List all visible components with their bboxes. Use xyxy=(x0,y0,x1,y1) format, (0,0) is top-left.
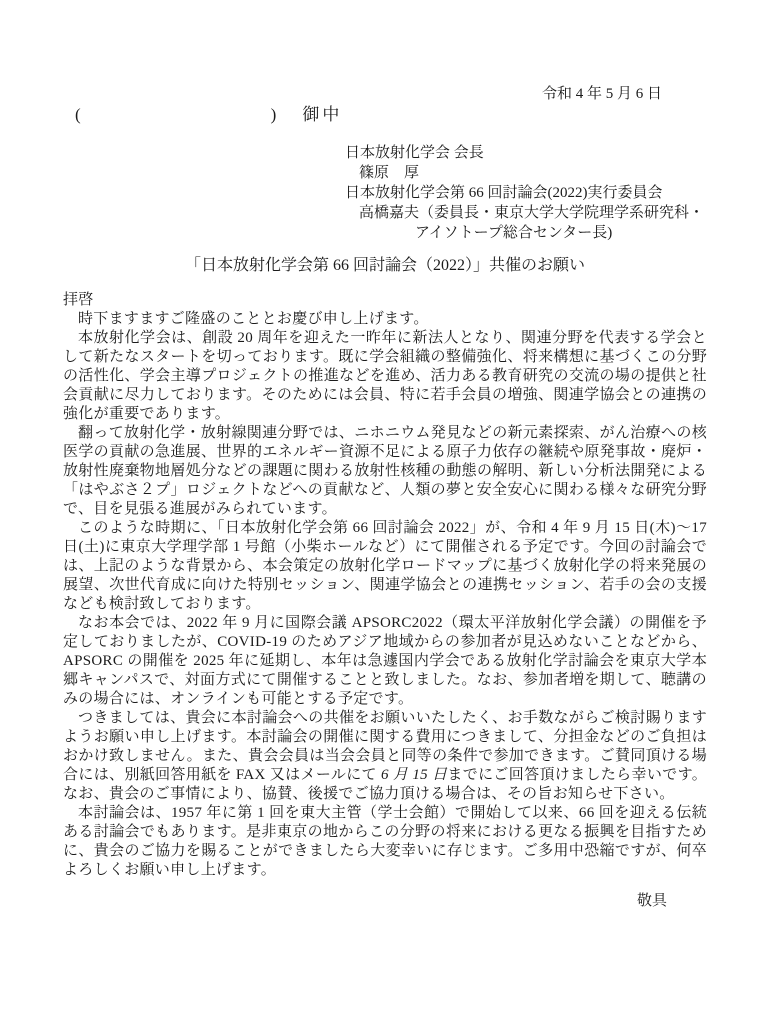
addressee-close-paren: ) xyxy=(271,105,277,124)
sender-committee: 日本放射化学会第 66 回討論会(2022)実行委員会 xyxy=(345,183,707,203)
paragraph-history-closing: 本討論会は、1957 年に第 1 回を東大主管（学士会館）で開始して以来、66 … xyxy=(63,804,707,880)
letter-title: 「日本放射化学会第 66 回討論会（2022）」共催のお願い xyxy=(63,256,707,276)
sender-chair-affiliation: アイソトープ総合センター長) xyxy=(345,223,707,243)
salutation: 拝啓 xyxy=(63,291,707,310)
reply-deadline-date: 6 月 15 日 xyxy=(381,767,447,783)
closing-word: 敬具 xyxy=(63,892,707,911)
honorific-label: 御中 xyxy=(302,105,342,124)
letter-date: 令和 4 年 5 月 6 日 xyxy=(63,85,707,104)
addressee-blank-field xyxy=(81,119,271,120)
letter-body: 拝啓 時下ますますご隆盛のこととお慶び申し上げます。 本放射化学会は、創設 20… xyxy=(63,291,707,880)
addressee-open-paren: ( xyxy=(75,105,81,124)
paragraph-greeting: 時下ますますご隆盛のこととお慶び申し上げます。 xyxy=(63,310,707,329)
addressee-line: ()御中 xyxy=(63,105,707,125)
sender-block: 日本放射化学会 会長 篠原 厚 日本放射化学会第 66 回討論会(2022)実行… xyxy=(345,143,707,243)
paragraph-society-overview: 本放射化学会は、創設 20 周年を迎えた一昨年に新法人となり、関連分野を代表する… xyxy=(63,329,707,424)
paragraph-meeting-outline: このような時期に、「日本放射化学会第 66 回討論会 2022」が、令和 4 年… xyxy=(63,519,707,614)
sender-society-president: 日本放射化学会 会長 xyxy=(345,143,707,163)
sender-chair-name: 高橋嘉夫（委員長・東京大学大学院理学系研究科・ xyxy=(345,203,707,223)
paragraph-field-progress: 翻って放射化学・放射線関連分野では、ニホニウム発見などの新元素探索、がん治療への… xyxy=(63,424,707,519)
paragraph-apsorc-postponement: なお本会では、2022 年 9 月に国際会議 APSORC2022（環太平洋放射… xyxy=(63,614,707,709)
paragraph-cohost-request: つきましては、貴会に本討論会への共催をお願いいたしたく、お手数ながらご検討賜りま… xyxy=(63,709,707,804)
letter-page: 令和 4 年 5 月 6 日 ()御中 日本放射化学会 会長 篠原 厚 日本放射… xyxy=(0,0,770,1024)
sender-president-name: 篠原 厚 xyxy=(345,163,707,183)
